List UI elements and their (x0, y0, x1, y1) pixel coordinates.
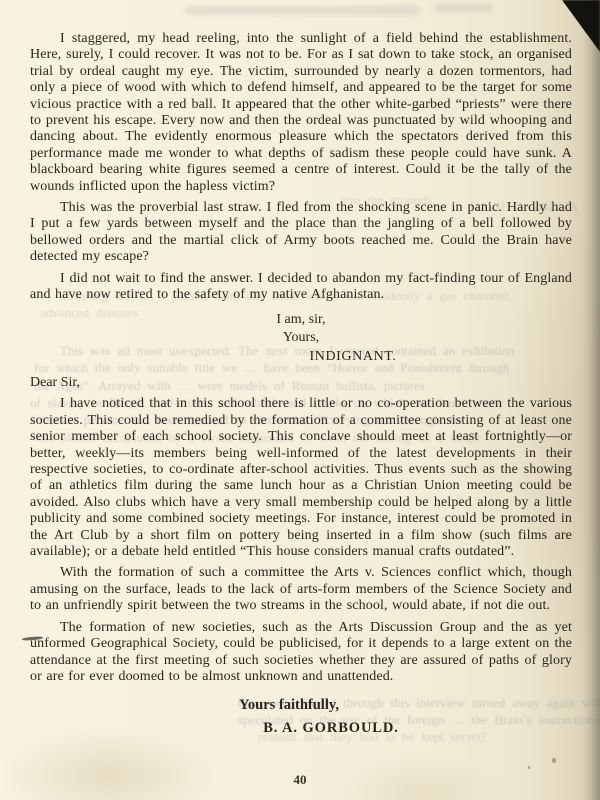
signoff-signature: INDIGNANT. (82, 348, 600, 367)
signoff-line: I am, sir, (30, 311, 572, 330)
letter2-signoff: Yours faithfully, B. A. GORBOULD. (30, 696, 572, 737)
ink-smudge (185, 6, 420, 15)
page-edge-shadow (583, 0, 600, 800)
page-number: 40 (0, 772, 600, 788)
letter2-paragraph-3: The formation of new societies, such as … (30, 620, 572, 686)
letter2-paragraph-2: With the formation of such a committee t… (30, 565, 572, 614)
letter2-paragraph-1: I have noticed that in this school there… (30, 396, 572, 560)
ink-smudge (434, 4, 492, 12)
paper-speck (552, 758, 556, 763)
signoff-line: Yours, (30, 329, 572, 348)
scanned-page: into the grounds DAVID J. WILLIA Crossin… (0, 0, 600, 800)
paper-speck (528, 766, 530, 769)
letter1-paragraph-1: I staggered, my head reeling, into the s… (30, 31, 572, 195)
letter1-paragraph-3: I did not wait to find the answer. I dec… (30, 271, 572, 304)
letter1-signoff: I am, sir, Yours, INDIGNANT. (30, 311, 572, 367)
page-content: I staggered, my head reeling, into the s… (30, 31, 572, 737)
signoff-line: Yours faithfully, (18, 696, 560, 715)
letter1-paragraph-2: This was the proverbial last straw. I fl… (30, 200, 572, 266)
letter2-salutation: Dear Sir, (30, 375, 572, 391)
signoff-signature: B. A. GORBOULD. (60, 719, 600, 738)
